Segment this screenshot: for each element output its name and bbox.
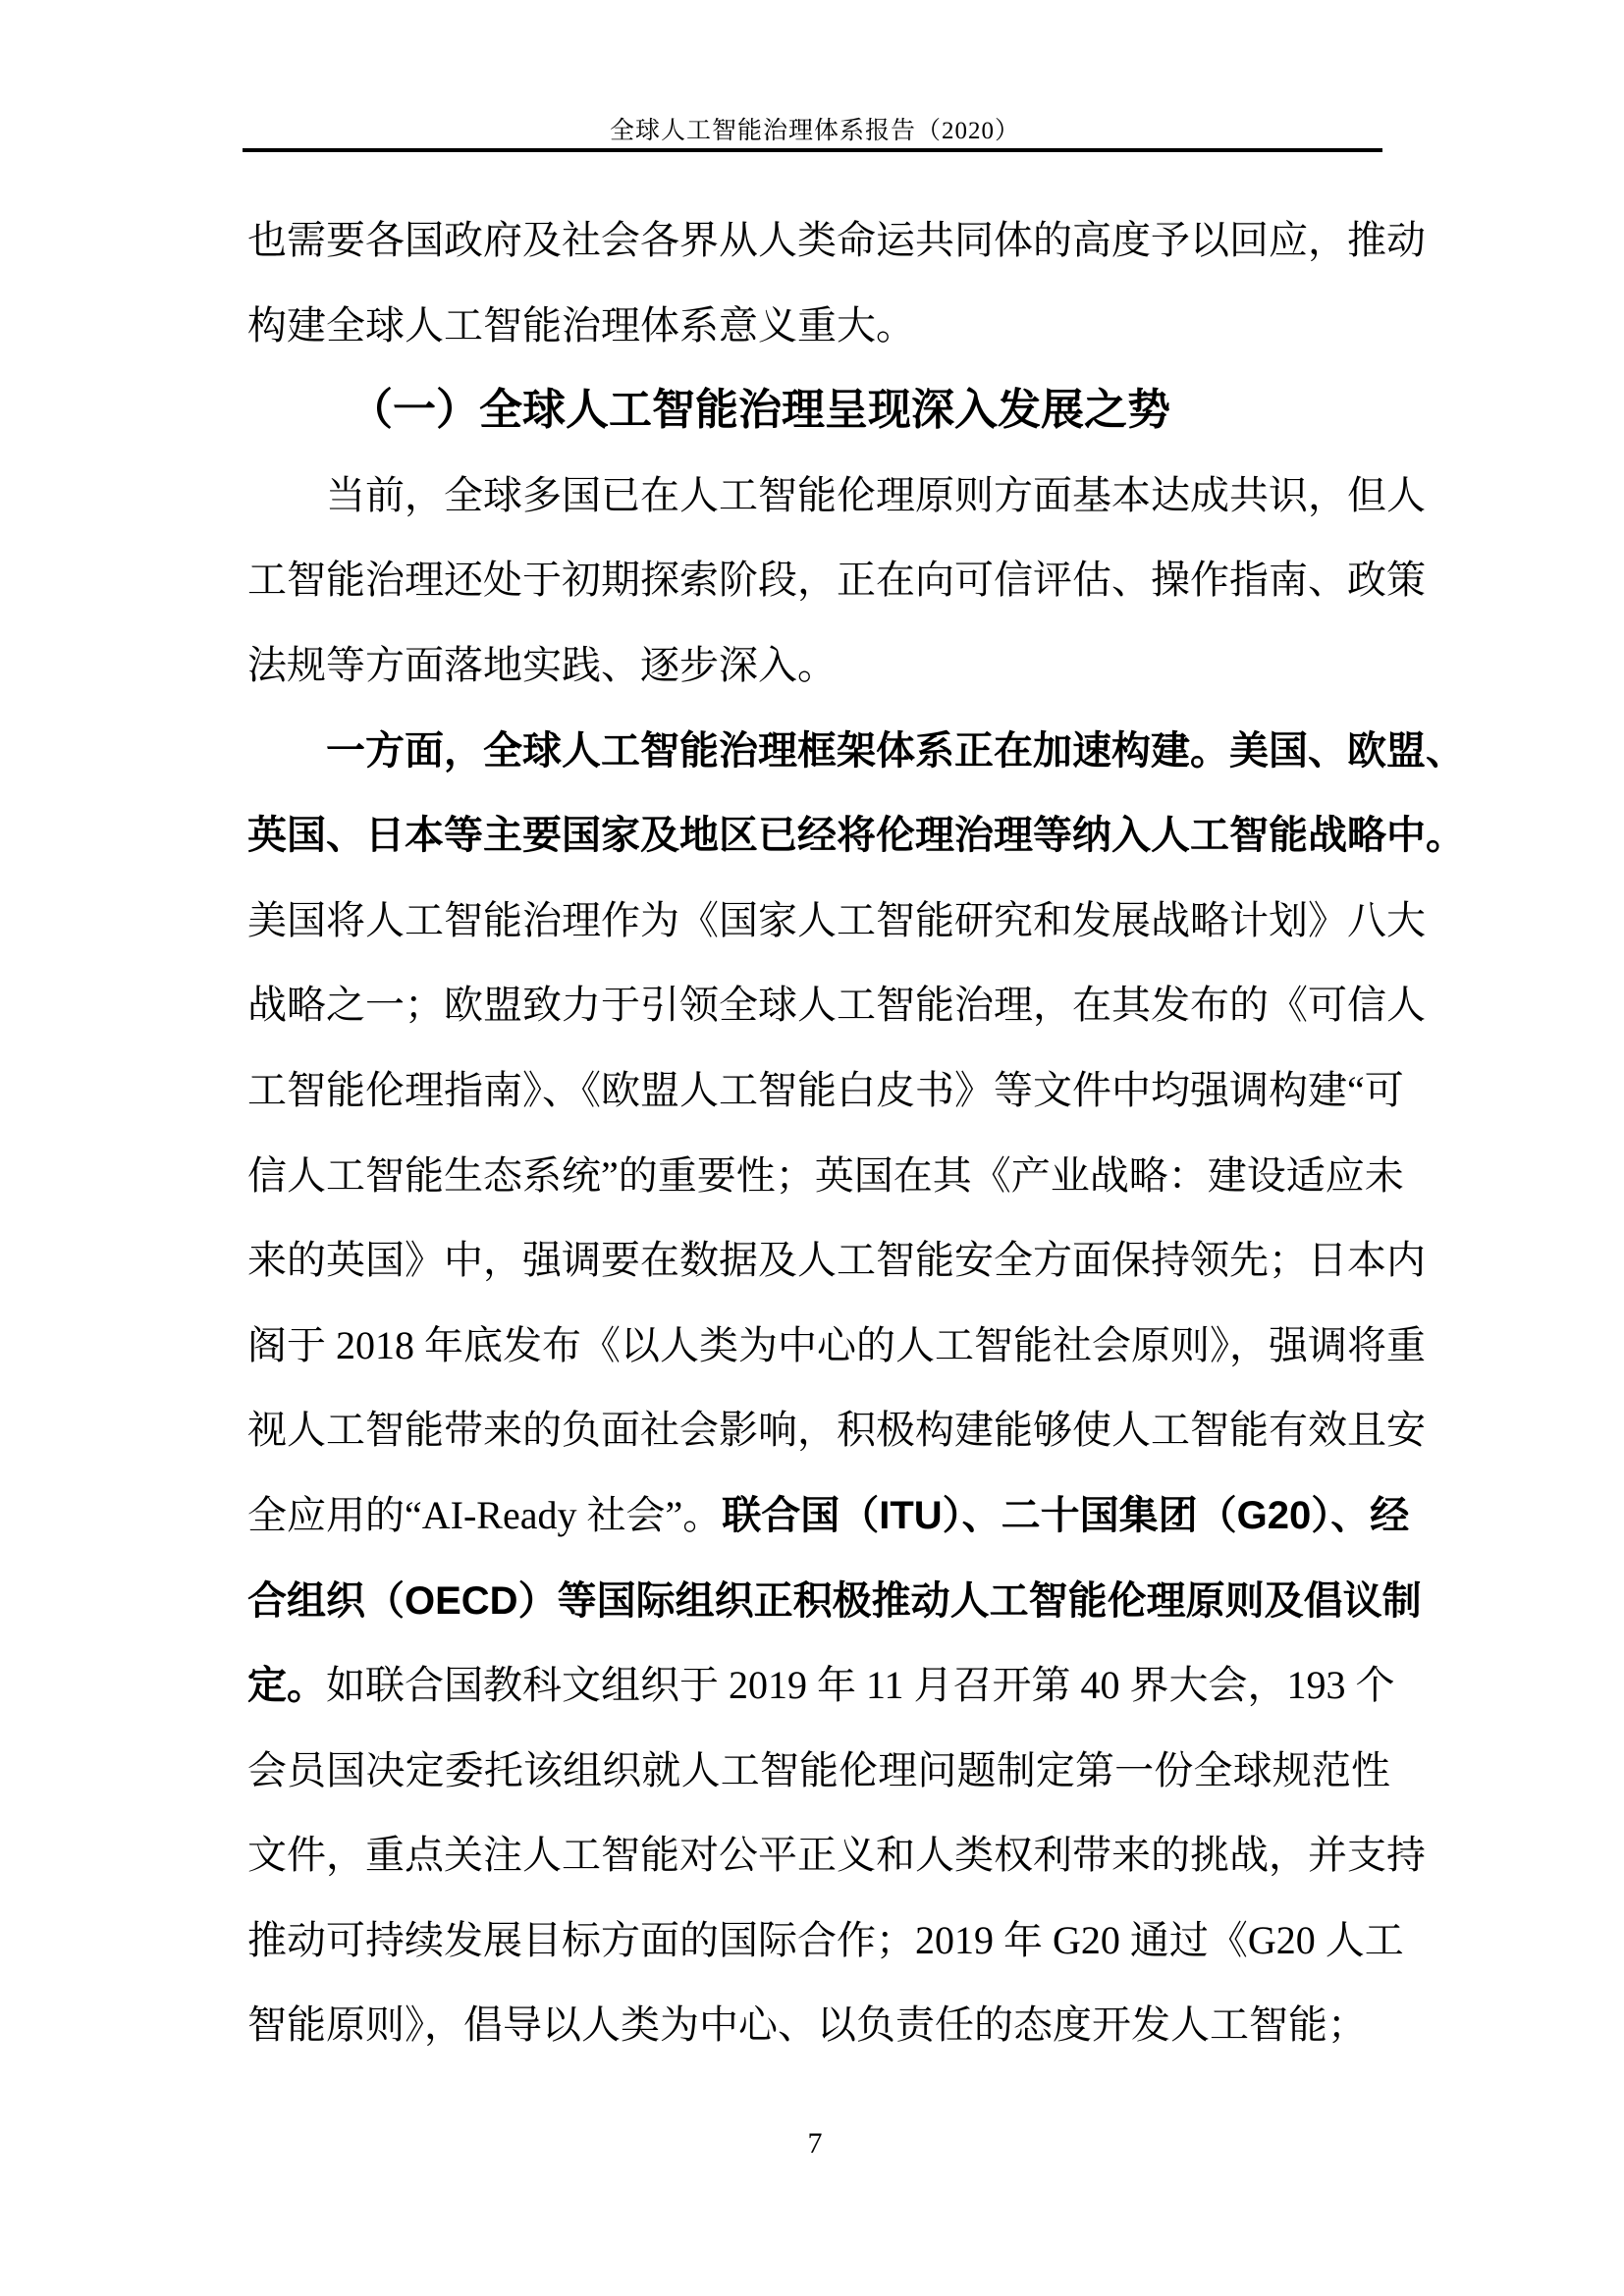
text-line: 定。如联合国教科文组织于 2019 年 11 月召开第 40 界大会，193 个 bbox=[247, 1643, 1390, 1729]
text-segment: 来的英国》中，强调要在数据及人工智能安全方面保持领先；日本内 bbox=[247, 1238, 1426, 1282]
text-line: 阁于 2018 年底发布《以人类为中心的人工智能社会原则》，强调将重 bbox=[247, 1304, 1390, 1389]
text-line: 法规等方面落地实践、逐步深入。 bbox=[247, 623, 1390, 709]
text-line: 智能原则》，倡导以人类为中心、以负责任的态度开发人工智能； bbox=[247, 1983, 1390, 2068]
text-segment: 工智能治理还处于初期探索阶段，正在向可信评估、操作指南、政策 bbox=[247, 558, 1426, 602]
text-segment: 构建全球人工智能治理体系意义重大。 bbox=[247, 303, 915, 347]
text-segment: 工智能伦理指南》、《欧盟人工智能白皮书》等文件中均强调构建“可 bbox=[247, 1068, 1404, 1112]
page-number: 7 bbox=[245, 2122, 1384, 2165]
text-segment: 会员国决定委托该组织就人工智能伦理问题制定第一份全球规范性 bbox=[247, 1748, 1390, 1792]
text-segment: 全应用的“AI-Ready 社会”。 bbox=[247, 1493, 722, 1537]
text-line: 合组织（OECD）等国际组织正积极推动人工智能伦理原则及倡议制 bbox=[247, 1559, 1390, 1644]
text-segment: 信人工智能生态系统”的重要性；英国在其《产业战略：建设适应未 bbox=[247, 1153, 1404, 1198]
bold-text-segment: 定。 bbox=[247, 1664, 326, 1707]
text-segment: 视人工智能带来的负面社会影响，积极构建能够使人工智能有效且安 bbox=[247, 1408, 1426, 1452]
text-line: 文件，重点关注人工智能对公平正义和人类权利带来的挑战，并支持 bbox=[247, 1813, 1390, 1898]
text-line: 也需要各国政府及社会各界从人类命运共同体的高度予以回应，推动 bbox=[247, 198, 1390, 284]
text-line: 当前，全球多国已在人工智能伦理原则方面基本达成共识，但人 bbox=[247, 454, 1390, 539]
document-page: 全球人工智能治理体系报告（2020） 也需要各国政府及社会各界从人类命运共同体的… bbox=[0, 0, 1624, 2296]
text-segment: 当前，全球多国已在人工智能伦理原则方面基本达成共识，但人 bbox=[326, 473, 1426, 517]
text-segment: 智能原则》，倡导以人类为中心、以负责任的态度开发人工智能； bbox=[247, 2002, 1367, 2047]
text-segment: 阁于 2018 年底发布《以人类为中心的人工智能社会原则》，强调将重 bbox=[247, 1323, 1426, 1367]
text-segment: 如联合国教科文组织于 2019 年 11 月召开第 40 界大会，193 个 bbox=[326, 1663, 1395, 1707]
bold-text-segment: 英国、日本等主要国家及地区已经将伦理治理等纳入人工智能战略中。 bbox=[247, 814, 1465, 857]
text-segment: 推动可持续发展目标方面的国际合作；2019 年 G20 通过《G20 人工 bbox=[247, 1918, 1404, 1962]
page-body: 也需要各国政府及社会各界从人类命运共同体的高度予以回应，推动构建全球人工智能治理… bbox=[247, 198, 1390, 2068]
text-line: 工智能治理还处于初期探索阶段，正在向可信评估、操作指南、政策 bbox=[247, 538, 1390, 623]
section-heading: （一）全球人工智能治理呈现深入发展之势 bbox=[247, 368, 1390, 454]
text-segment: 文件，重点关注人工智能对公平正义和人类权利带来的挑战，并支持 bbox=[247, 1833, 1426, 1877]
running-header-title: 全球人工智能治理体系报告（2020） bbox=[245, 110, 1384, 153]
text-segment: 战略之一；欧盟致力于引领全球人工智能治理，在其发布的《可信人 bbox=[247, 983, 1426, 1027]
text-line: 构建全球人工智能治理体系意义重大。 bbox=[247, 284, 1390, 369]
text-line: 战略之一；欧盟致力于引领全球人工智能治理，在其发布的《可信人 bbox=[247, 963, 1390, 1048]
text-line: 信人工智能生态系统”的重要性；英国在其《产业战略：建设适应未 bbox=[247, 1134, 1390, 1219]
bold-text-segment: （一）全球人工智能治理呈现深入发展之势 bbox=[350, 386, 1170, 434]
text-line: 来的英国》中，强调要在数据及人工智能安全方面保持领先；日本内 bbox=[247, 1218, 1390, 1304]
text-line: 视人工智能带来的负面社会影响，积极构建能够使人工智能有效且安 bbox=[247, 1388, 1390, 1473]
text-line: 推动可持续发展目标方面的国际合作；2019 年 G20 通过《G20 人工 bbox=[247, 1898, 1390, 1984]
text-segment: 美国将人工智能治理作为《国家人工智能研究和发展战略计划》八大 bbox=[247, 898, 1426, 942]
text-line: 工智能伦理指南》、《欧盟人工智能白皮书》等文件中均强调构建“可 bbox=[247, 1048, 1390, 1134]
bold-text-segment: 一方面，全球人工智能治理框架体系正在加速构建。美国、欧盟、 bbox=[326, 729, 1465, 773]
bold-text-segment: 合组织（OECD）等国际组织正积极推动人工智能伦理原则及倡议制 bbox=[247, 1579, 1422, 1623]
text-segment: 也需要各国政府及社会各界从人类命运共同体的高度予以回应，推动 bbox=[247, 218, 1426, 262]
header-rule bbox=[243, 148, 1382, 152]
text-line: 全应用的“AI-Ready 社会”。联合国（ITU）、二十国集团（G20）、经 bbox=[247, 1473, 1390, 1559]
text-segment: 法规等方面落地实践、逐步深入。 bbox=[247, 643, 837, 687]
bold-text-segment: 联合国（ITU）、二十国集团（G20）、经 bbox=[722, 1494, 1409, 1537]
text-line: 会员国决定委托该组织就人工智能伦理问题制定第一份全球规范性 bbox=[247, 1729, 1390, 1814]
text-line: 美国将人工智能治理作为《国家人工智能研究和发展战略计划》八大 bbox=[247, 879, 1390, 964]
text-line: 英国、日本等主要国家及地区已经将伦理治理等纳入人工智能战略中。 bbox=[247, 793, 1390, 879]
text-line: 一方面，全球人工智能治理框架体系正在加速构建。美国、欧盟、 bbox=[247, 709, 1390, 794]
